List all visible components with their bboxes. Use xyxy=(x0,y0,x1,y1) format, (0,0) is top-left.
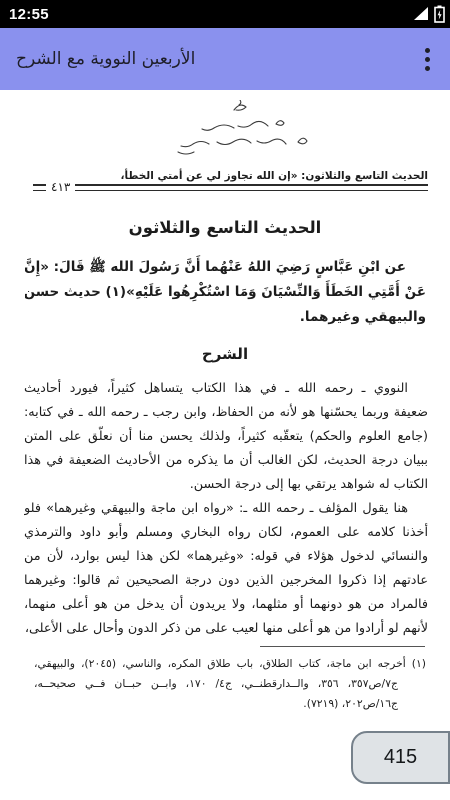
footnote-text: (١) أخرجه ابن ماجة، كتاب الطلاق، باب طلا… xyxy=(34,654,426,714)
footnote-separator xyxy=(260,646,425,647)
text-line: أخذنا كلامه على العموم، لكان رواه البخار… xyxy=(24,521,428,545)
text-line: هنا يقول المؤلف ـ رحمه الله ـ: «رواه ابن… xyxy=(24,497,428,521)
signal-strength-icon xyxy=(413,6,429,22)
app-title: الأربعين النووية مع الشرح xyxy=(16,49,195,69)
folio-rule-row: ٤١٣ xyxy=(33,183,428,191)
hadith-text: عن ابْنِ عَبَّاسٍ رَضِيَ اللهُ عَنْهُما … xyxy=(25,255,426,330)
handwritten-inscription xyxy=(148,100,318,162)
text-line: لأنهم لو أرادوا من هو أعلى منها لعيب على… xyxy=(24,617,428,641)
text-line: والنسائي لدخول هؤلاء في قوله: «وغيرهما» … xyxy=(24,545,428,569)
text-line: (١) أخرجه ابن ماجة، كتاب الطلاق، باب طلا… xyxy=(34,654,426,674)
text-line: ج٧/ص٣٥٧، ٣٥٦، والــدارقطنــي، ج٤/ ١٧٠، و… xyxy=(34,674,426,694)
text-line: ج١٦/ص٢٠٢، (٧٢١٩). xyxy=(34,694,426,714)
commentary-paragraph: هنا يقول المؤلف ـ رحمه الله ـ: «رواه ابن… xyxy=(24,497,428,641)
text-line: عادتهم إذا ذكروا المخرجين الذين دون درجة… xyxy=(24,569,428,593)
text-line: ضعيفة وربما يحسّنها هو لأنه من الحفاظ، و… xyxy=(24,401,428,425)
overflow-menu-icon[interactable] xyxy=(423,44,432,75)
app-bar: الأربعين النووية مع الشرح xyxy=(0,28,450,90)
text-line: ببيان درجة الحديث، لكن الغالب أن ما يذكر… xyxy=(24,449,428,473)
status-icons xyxy=(413,5,445,23)
chapter-heading: الحديث التاسع والثلاثون xyxy=(0,218,450,237)
commentary-paragraph: النووي ـ رحمه الله ـ في هذا الكتاب يتساه… xyxy=(24,377,428,497)
text-line: (جامع العلوم والحكم) يتعقّبه كثيراً، ولذ… xyxy=(24,425,428,449)
text-line: عَنْ أُمَّتِي الخَطَأَ وَالنِّسْيَانَ وَ… xyxy=(25,280,426,305)
book-page-scan[interactable]: الحديث التاسع والثلاثون: «إن الله تجاوز … xyxy=(0,90,450,800)
status-bar: 12:55 xyxy=(0,0,450,28)
text-line: النووي ـ رحمه الله ـ في هذا الكتاب يتساه… xyxy=(24,377,428,401)
folio-number: ٤١٣ xyxy=(51,183,70,191)
battery-charging-icon xyxy=(434,5,445,23)
clock: 12:55 xyxy=(9,6,49,23)
text-line: عن ابْنِ عَبَّاسٍ رَضِيَ اللهُ عَنْهُما … xyxy=(25,255,426,280)
text-line: والبيهقي وغيرهما. xyxy=(25,305,426,330)
text-line: فالمراد من هو دونهما أو مثلهما، ولا يريد… xyxy=(24,593,428,617)
folio-rule-end xyxy=(33,184,46,191)
page-number-button[interactable]: 415 xyxy=(351,731,450,784)
text-line: الكتاب له شواهد يرتقي بها إلى درجة الحسن… xyxy=(24,473,428,497)
folio-rule xyxy=(75,184,428,191)
section-heading: الشرح xyxy=(0,345,450,363)
